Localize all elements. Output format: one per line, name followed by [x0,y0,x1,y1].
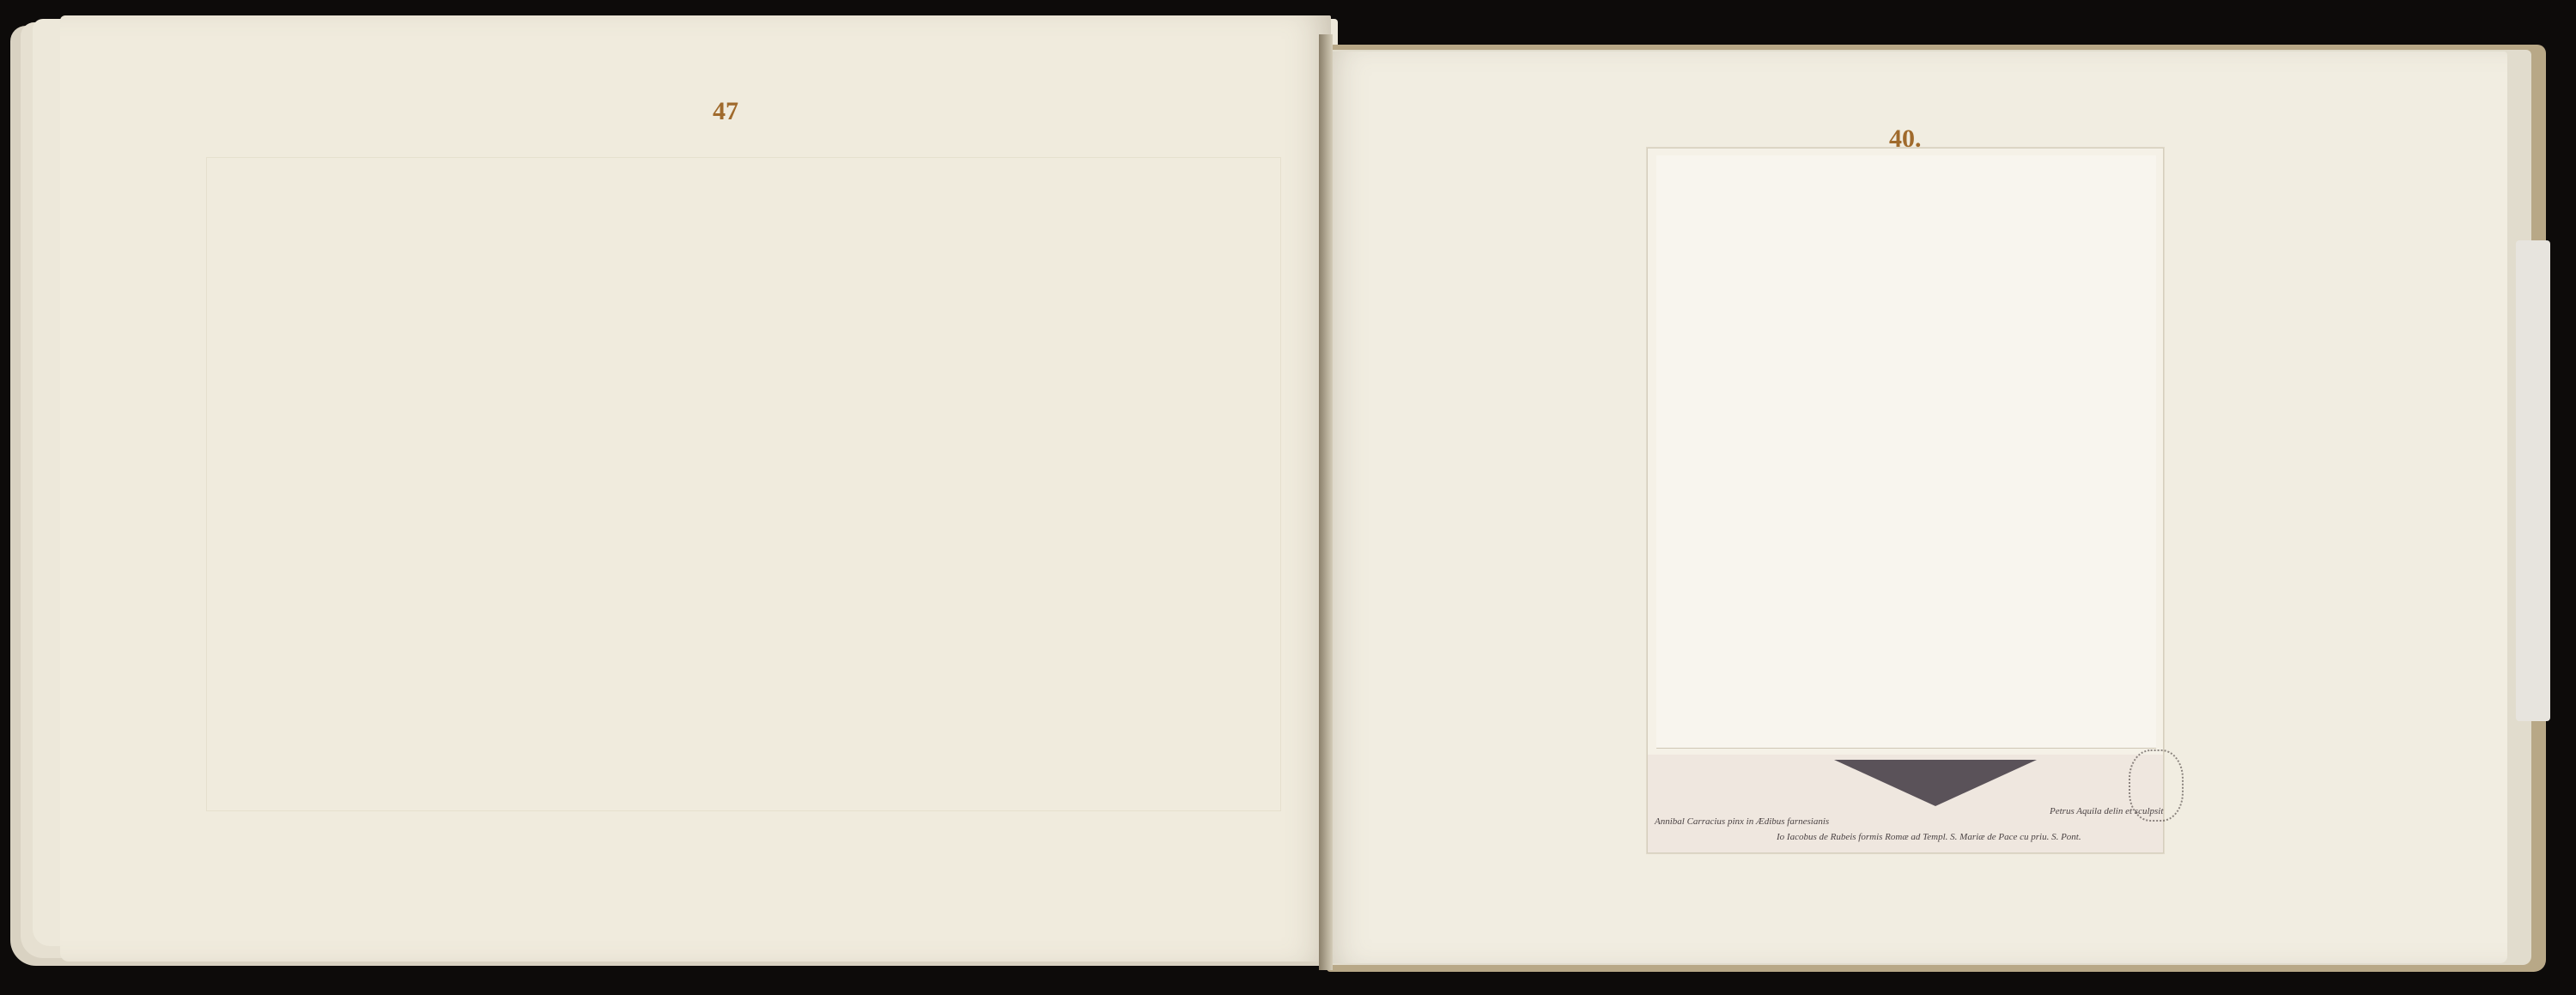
engraving-caption-strip: Annibal Carracius pinx in Ædibus farnesi… [1648,755,2163,852]
caption-publisher: Io Iacobus de Rubeis formis Romæ ad Temp… [1777,832,2081,842]
left-page: 47 [60,15,1331,962]
left-page-number: 47 [713,97,738,126]
caption-painter: Annibal Carracius pinx in Ædibus farnesi… [1655,816,1829,827]
album-gutter [1319,34,1333,970]
ornament-triangle-icon [1834,760,2037,806]
engraving-image-area [1656,155,2156,749]
paper-tab-right [2516,240,2550,721]
collector-stamp-icon [2129,749,2184,822]
mounted-engraving: Annibal Carracius pinx in Ædibus farnesi… [1647,148,2164,853]
